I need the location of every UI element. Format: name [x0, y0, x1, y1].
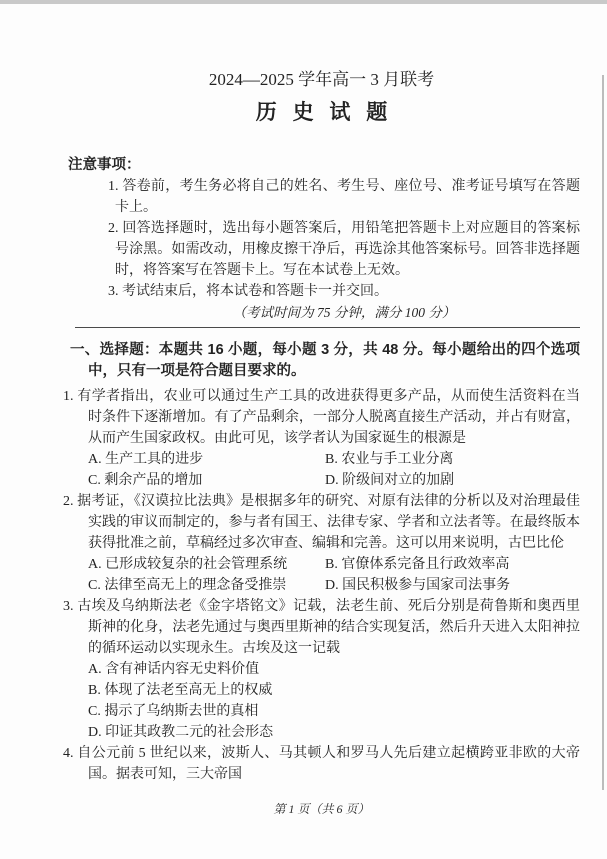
- question-2-stem: 2. 据考证，《汉谟拉比法典》是根据多年的研究、对原有法律的分析以及对治理最佳实…: [63, 491, 580, 554]
- question-3-option-b: B. 体现了法老至高无上的权威: [88, 680, 580, 701]
- question-3-option-c: C. 揭示了乌纳斯去世的真相: [88, 701, 580, 722]
- question-3: 3. 古埃及乌纳斯法老《金字塔铭文》记载，法老生前、死后分别是荷鲁斯和奥西里斯神…: [63, 596, 580, 743]
- notice-items: 1. 答卷前，考生务必将自己的姓名、考生号、座位号、准考证号填写在答题卡上。 2…: [108, 176, 580, 323]
- question-3-options: A. 含有神话内容无史料价值 B. 体现了法老至高无上的权威 C. 揭示了乌纳斯…: [88, 659, 580, 743]
- question-2: 2. 据考证，《汉谟拉比法典》是根据多年的研究、对原有法律的分析以及对治理最佳实…: [63, 491, 580, 596]
- question-1-option-a: A. 生产工具的进步: [88, 449, 325, 470]
- question-1-options: A. 生产工具的进步 B. 农业与手工业分离 C. 剩余产品的增加 D. 阶级间…: [88, 449, 580, 491]
- notice-section: 注意事项： 1. 答卷前，考生务必将自己的姓名、考生号、座位号、准考证号填写在答…: [63, 155, 580, 323]
- question-2-options: A. 已形成较复杂的社会管理系统 B. 官僚体系完备且行政效率高 C. 法律至高…: [88, 554, 580, 596]
- question-1-option-b: B. 农业与手工业分离: [325, 449, 580, 470]
- question-3-option-a: A. 含有神话内容无史料价值: [88, 659, 580, 680]
- notice-item-1: 1. 答卷前，考生务必将自己的姓名、考生号、座位号、准考证号填写在答题卡上。: [108, 176, 580, 218]
- question-3-stem: 3. 古埃及乌纳斯法老《金字塔铭文》记载，法老生前、死后分别是荷鲁斯和奥西里斯神…: [63, 596, 580, 659]
- notice-heading: 注意事项：: [68, 155, 580, 176]
- notice-item-2: 2. 回答选择题时，选出每小题答案后，用铅笔把答题卡上对应题目的答案标号涂黑。如…: [108, 218, 580, 281]
- exam-subject-title: 历 史 试 题: [63, 100, 580, 125]
- question-3-option-d: D. 印证其政教二元的社会形态: [88, 722, 580, 743]
- question-2-option-c: C. 法律至高无上的理念备受推崇: [88, 575, 325, 596]
- notice-item-3: 3. 考试结束后，将本试卷和答题卡一并交回。: [108, 281, 580, 302]
- exam-time-note: （考试时间为 75 分钟，满分 100 分）: [108, 302, 580, 323]
- question-2-option-b: B. 官僚体系完备且行政效率高: [325, 554, 580, 575]
- scan-top-bar: [0, 0, 607, 4]
- question-2-option-a: A. 已形成较复杂的社会管理系统: [88, 554, 325, 575]
- question-1-option-d: D. 阶级间对立的加剧: [325, 470, 580, 491]
- section-divider-line: [75, 327, 580, 328]
- question-3-number: 3.: [63, 599, 74, 614]
- question-1-number: 1.: [63, 389, 74, 404]
- exam-paper-page: 2024—2025 学年高一 3 月联考 历 史 试 题 注意事项： 1. 答卷…: [0, 0, 607, 859]
- section-heading: 一、选择题：本题共 16 小题，每小题 3 分，共 48 分。每小题给出的四个选…: [70, 340, 580, 382]
- question-2-option-d: D. 国民积极参与国家司法事务: [325, 575, 580, 596]
- question-4: 4. 自公元前 5 世纪以来，波斯人、马其顿人和罗马人先后建立起横跨亚非欧的大帝…: [63, 743, 580, 785]
- page-content: 2024—2025 学年高一 3 月联考 历 史 试 题 注意事项： 1. 答卷…: [0, 70, 607, 785]
- question-4-text: 自公元前 5 世纪以来，波斯人、马其顿人和罗马人先后建立起横跨亚非欧的大帝国。据…: [77, 746, 580, 782]
- question-1: 1. 有学者指出，农业可以通过生产工具的改进获得更多产品，从而使生活资料在当时条…: [63, 386, 580, 491]
- question-3-text: 古埃及乌纳斯法老《金字塔铭文》记载，法老生前、死后分别是荷鲁斯和奥西里斯神的化身…: [77, 599, 580, 656]
- exam-session-title: 2024—2025 学年高一 3 月联考: [63, 70, 580, 90]
- scan-right-edge-line: [602, 75, 604, 790]
- page-number-footer: 第 1 页（共 6 页）: [63, 799, 580, 820]
- question-2-text: 据考证，《汉谟拉比法典》是根据多年的研究、对原有法律的分析以及对治理最佳实践的审…: [77, 494, 580, 551]
- question-4-stem: 4. 自公元前 5 世纪以来，波斯人、马其顿人和罗马人先后建立起横跨亚非欧的大帝…: [63, 743, 580, 785]
- question-1-text: 有学者指出，农业可以通过生产工具的改进获得更多产品，从而使生活资料在当时条件下逐…: [77, 389, 580, 446]
- question-4-number: 4.: [63, 746, 74, 761]
- question-1-option-c: C. 剩余产品的增加: [88, 470, 325, 491]
- question-1-stem: 1. 有学者指出，农业可以通过生产工具的改进获得更多产品，从而使生活资料在当时条…: [63, 386, 580, 449]
- question-2-number: 2.: [63, 494, 74, 509]
